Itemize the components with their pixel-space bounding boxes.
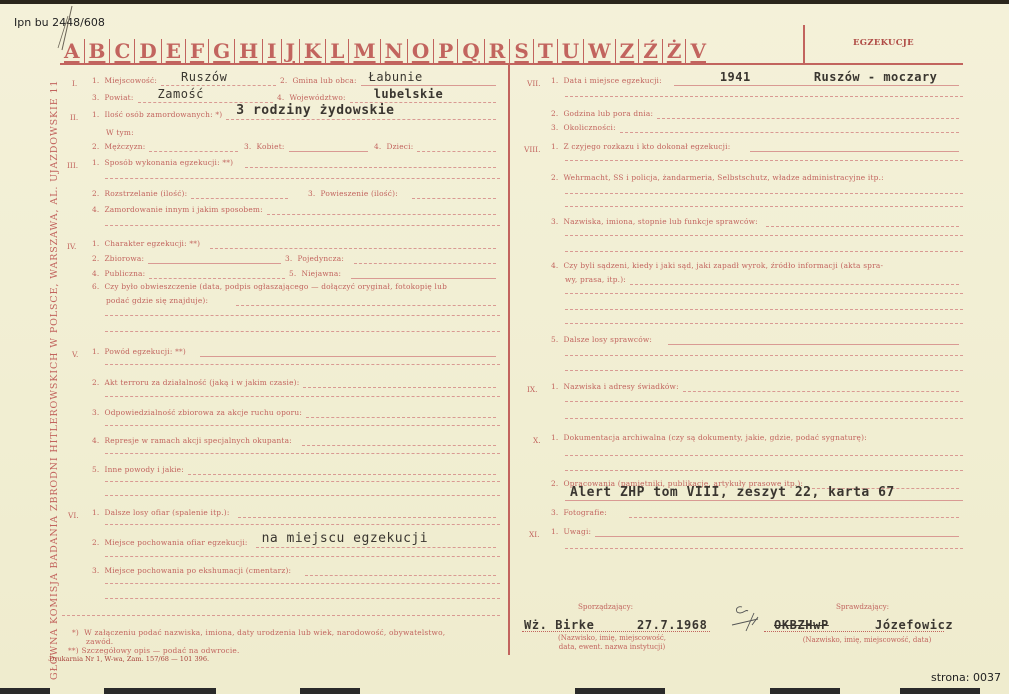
field-trial-label: 4.Czy byli sądzeni, kiedy i jaki sąd, ja… — [551, 261, 883, 271]
index-letter: K — [300, 39, 326, 63]
field-women[interactable]: 3. Kobiet: — [244, 139, 372, 152]
field-archival-docs[interactable]: 1. Dokumentacja archiwalna (czy są dokum… — [551, 430, 963, 443]
field-secret[interactable]: 5. Niejawna: — [289, 266, 500, 279]
category-title: EGZEKUCJE — [853, 38, 914, 48]
index-letter: U — [558, 39, 584, 63]
field-men[interactable]: 2. Mężczyzn: — [92, 139, 242, 152]
field-other-reasons[interactable]: 5. Inne powody i jakie: — [92, 462, 500, 475]
field-collective[interactable]: 2. Zbiorowa: — [92, 251, 285, 264]
fill-line — [105, 481, 500, 482]
field-reburial-place[interactable]: 3. Miejsce pochowania po ekshumacji (cme… — [92, 563, 500, 576]
scan-bottom-edge — [0, 688, 1009, 694]
fill-line — [105, 583, 500, 584]
fill-line — [105, 598, 500, 599]
field-perpetrators-fate[interactable]: 5. Dalsze losy sprawców: — [551, 332, 963, 345]
field-circumstances[interactable]: 3. Okoliczności: — [551, 120, 963, 133]
fill-line — [105, 556, 500, 557]
field-hanging-count[interactable]: 3. Powieszenie (ilość): — [308, 186, 500, 199]
value-county: Zamość — [158, 87, 204, 101]
fill-line — [105, 396, 500, 397]
section-roman: III. — [67, 161, 78, 170]
section-roman: XI. — [529, 530, 540, 539]
fill-line — [565, 470, 963, 471]
field-county[interactable]: 3. Powiat: Zamość — [92, 90, 277, 103]
field-other-method[interactable]: 4. Zamordowanie innym i jakim sposobem: — [92, 202, 500, 215]
index-letter: J — [282, 39, 300, 63]
field-perpetrator-formation[interactable]: 2. Wehrmacht, SS i policja, żandarmeria,… — [551, 170, 963, 183]
fill-line — [565, 293, 963, 294]
section-roman: VIII. — [524, 145, 540, 154]
index-letter: V — [686, 39, 710, 63]
value-locality: Ruszów — [181, 70, 227, 84]
field-execution-reason[interactable]: 1. Powód egzekucji: **) — [92, 344, 500, 357]
fill-line — [565, 418, 963, 419]
field-victims-fate[interactable]: 1. Dalsze losy ofiar (spalenie itp.): — [92, 505, 500, 518]
index-letter: D — [135, 39, 161, 63]
field-time-of-day[interactable]: 2. Godzina lub pora dnia: — [551, 106, 963, 119]
compiler-caption: (Nazwisko, imię, miejscowość,data, ewent… — [532, 634, 692, 652]
field-terror-act[interactable]: 2. Akt terroru za działalność (jaką i w … — [92, 375, 500, 388]
compiler-name: Wż. Birke — [524, 618, 594, 632]
field-voivodeship[interactable]: 4. Województwo: lubelskie — [277, 90, 500, 103]
field-remarks[interactable]: 1. Uwagi: — [551, 524, 963, 537]
field-victims-count[interactable]: 1. Ilość osób zamordowanych: *) 3 rodzin… — [92, 107, 500, 120]
section-roman: X. — [533, 436, 541, 445]
fill-line — [105, 225, 500, 226]
verifier-name: Józefowicz — [875, 618, 953, 632]
field-proclamation[interactable]: podać gdzie się znajduje): — [106, 293, 500, 306]
fill-line — [105, 331, 500, 332]
verifier-caption: (Nazwisko, imię, miejscowość, data) — [782, 636, 952, 645]
value-execution-date: 1941 — [720, 70, 751, 84]
field-collective-responsibility[interactable]: 3. Odpowiedzialność zbiorowa za akcje ru… — [92, 405, 500, 418]
field-order-by[interactable]: 1. Z czyjego rozkazu i kto dokonał egzek… — [551, 139, 963, 152]
compiler-label: Sporządzający: — [578, 602, 633, 611]
fill-line — [105, 425, 500, 426]
header-rule — [60, 63, 963, 65]
index-letter: A — [60, 39, 85, 63]
fill-line — [105, 453, 500, 454]
field-public[interactable]: 4. Publiczna: — [92, 266, 289, 279]
index-letter: P — [434, 39, 458, 63]
fill-line — [565, 160, 963, 161]
index-letter: H — [235, 39, 263, 63]
value-victims-count: 3 rodziny żydowskie — [236, 103, 394, 118]
index-letter: R — [485, 39, 511, 63]
index-letter: Q — [458, 39, 484, 63]
fill-line — [105, 315, 500, 316]
fill-line — [565, 96, 963, 97]
index-letter: O — [408, 39, 434, 63]
fill-line — [62, 615, 500, 616]
field-execution-character[interactable]: 1. Charakter egzekucji: **) — [92, 236, 500, 249]
index-letter: B — [85, 39, 111, 63]
page-number: strona: 0037 — [931, 671, 1001, 684]
field-locality[interactable]: 1. Miejscowość: Ruszów — [92, 73, 280, 86]
fill-line — [565, 455, 963, 456]
fill-line — [565, 235, 963, 236]
field-children[interactable]: 4. Dzieci: — [374, 139, 500, 152]
index-letter: Ź — [639, 39, 663, 63]
archival-form-page: Ipn bu 2448/608 ABCDEFGHIJKLMNOPQRSTUWZŹ… — [0, 0, 1009, 694]
index-letter: W — [584, 39, 615, 63]
fill-line — [105, 364, 500, 365]
section-roman: VII. — [527, 79, 541, 88]
index-letter: C — [110, 39, 135, 63]
fill-line — [565, 193, 963, 194]
label-w-tym: W tym: — [106, 128, 134, 138]
field-repressions[interactable]: 4. Represje w ramach akcji specjalnych o… — [92, 433, 500, 446]
value-execution-place: Ruszów - moczary — [814, 70, 938, 84]
section-roman: IX. — [527, 385, 538, 394]
value-voivodeship: lubelskie — [374, 87, 444, 101]
field-commune[interactable]: 2. Gmina lub obca: Łabunie — [280, 73, 500, 86]
value-commune: Łabunie — [369, 70, 423, 84]
handwritten-initials-icon — [728, 601, 768, 635]
footnote-1-cont: zawód. — [86, 637, 113, 646]
index-letter: S — [510, 39, 533, 63]
fill-line — [105, 524, 500, 525]
index-letter: L — [326, 39, 349, 63]
issuer-vertical-text: GŁÓWNA KOMISJA BADANIA ZBRODNI HITLEROWS… — [49, 80, 60, 680]
fill-line — [565, 500, 963, 501]
index-letter: N — [381, 39, 408, 63]
field-trial[interactable]: wy, prasa, itp.): — [565, 272, 963, 285]
section-roman: I. — [72, 79, 77, 88]
scan-top-edge — [0, 0, 1009, 4]
alphabet-index: ABCDEFGHIJKLMNOPQRSTUWZŹŻV — [60, 36, 710, 63]
index-letter: G — [209, 39, 235, 63]
fill-line — [565, 548, 963, 549]
footnote-2: **) Szczegółowy opis — podać na odwrocie… — [68, 646, 240, 655]
field-execution-date-place[interactable]: 1. Data i miejsce egzekucji: 1941 Ruszów… — [551, 73, 963, 86]
value-publications: Alert ZHP tom VIII, zeszyt 22, karta 67 — [570, 485, 895, 500]
section-roman: IV. — [67, 242, 76, 251]
fill-line — [105, 178, 500, 179]
field-proclamation-label: 6.Czy było obwieszczenie (data, podpis o… — [92, 282, 447, 292]
fill-line — [565, 206, 963, 207]
fill-line — [565, 355, 963, 356]
column-divider — [508, 63, 510, 655]
field-perpetrator-names[interactable]: 3. Nazwiska, imiona, stopnie lub funkcje… — [551, 214, 963, 227]
field-photos[interactable]: 3. Fotografie: — [551, 505, 963, 518]
fill-line — [565, 401, 963, 402]
index-letter: I — [263, 39, 281, 63]
fill-line — [565, 370, 963, 371]
footnote-1: *) W załączeniu podać nazwiska, imiona, … — [72, 628, 445, 637]
printer-imprint: Drukarnia Nr 1, W-wa, Zam. 157/68 — 101 … — [49, 655, 209, 663]
index-letter: Ż — [663, 39, 687, 63]
field-execution-method[interactable]: 1. Sposób wykonania egzekucji: **) — [92, 155, 500, 168]
section-roman: VI. — [68, 511, 79, 520]
fill-line — [105, 495, 500, 496]
fill-line — [565, 251, 963, 252]
field-individual[interactable]: 3. Pojedyncza: — [285, 251, 500, 264]
section-roman: II. — [70, 113, 78, 122]
index-letter: Z — [616, 39, 640, 63]
index-letter: F — [186, 39, 209, 63]
fill-line — [565, 309, 963, 310]
field-shooting-count[interactable]: 2. Rozstrzelanie (ilość): — [92, 186, 292, 199]
index-letter: E — [162, 39, 186, 63]
field-burial-place[interactable]: 2. Miejsce pochowania ofiar egzekucji: n… — [92, 535, 500, 548]
value-burial-place: na miejscu egzekucji — [262, 531, 429, 546]
verifier-label: Sprawdzający: — [836, 602, 889, 611]
index-letter: M — [349, 39, 380, 63]
header-divider — [803, 25, 805, 65]
verifier-org: OKBZHwP — [774, 618, 829, 632]
index-letter: T — [534, 39, 558, 63]
fill-line — [565, 323, 963, 324]
field-witnesses[interactable]: 1. Nazwiska i adresy świadków: — [551, 379, 963, 392]
compiler-date: 27.7.1968 — [637, 618, 707, 632]
section-roman: V. — [72, 350, 78, 359]
